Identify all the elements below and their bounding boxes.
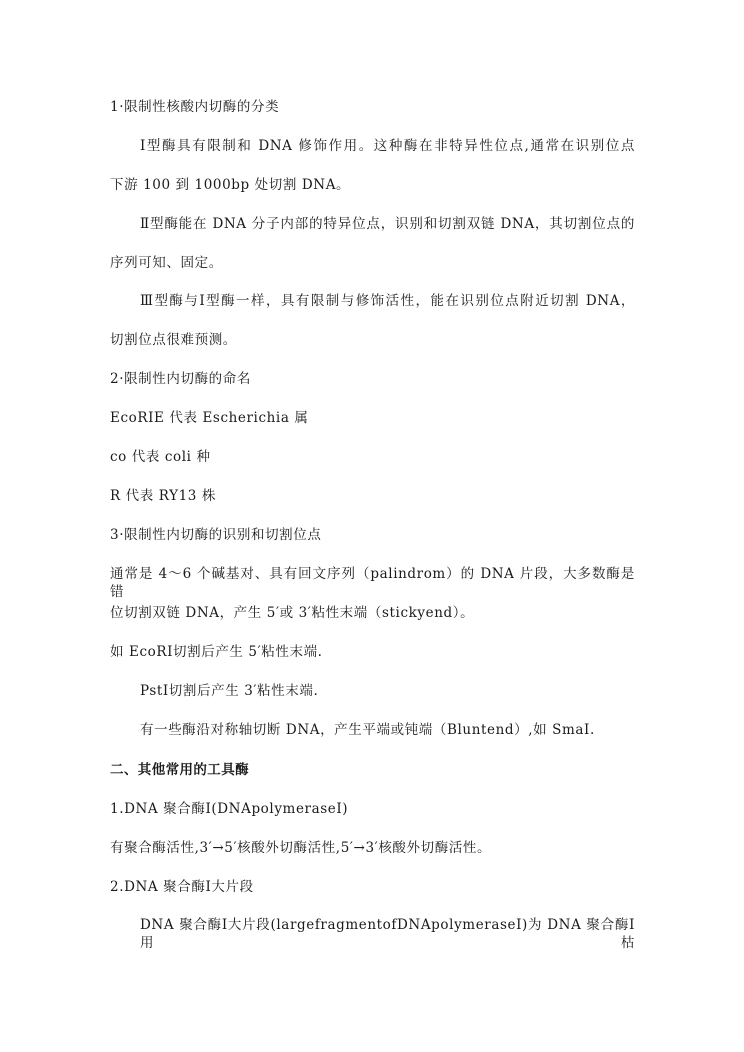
paragraph-type2-line2: 序列可知、固定。 [110,254,635,272]
naming-line-genus: EcoRⅠE 代表 Escherichia 属 [110,409,635,427]
paragraph-type3-line1: Ⅲ型酶与Ⅰ型酶一样，具有限制与修饰活性，能在识别位点附近切割 DNA， [140,292,635,310]
section-heading-2: 2·限制性内切酶的命名 [110,370,635,388]
paragraph-klenow-line1: DNA 聚合酶Ⅰ大片段(largefragmentofDNApolymerase… [140,916,635,952]
example-ecori: 如 EcoRⅠ切割后产生 5′粘性末端. [110,643,635,661]
section-heading-1: 1·限制性核酸内切酶的分类 [110,98,635,116]
example-blunt-end: 有一些酶沿对称轴切断 DNA，产生平端或钝端（Bluntend）,如 SmaⅠ. [140,721,635,739]
subheading-klenow-fragment: 2.DNA 聚合酶Ⅰ大片段 [110,878,635,896]
chapter-heading-other-enzymes: 二、其他常用的工具酶 [110,761,635,779]
naming-line-species: co 代表 coli 种 [110,448,635,466]
paragraph-recognition-line2: 位切割双链 DNA，产生 5′或 3′粘性末端（stickyend）。 [110,604,635,622]
example-psti: PstⅠ切割后产生 3′粘性末端. [140,682,635,700]
paragraph-type2-line1: Ⅱ型酶能在 DNA 分子内部的特异位点，识别和切割双链 DNA，其切割位点的 [140,215,635,233]
naming-line-strain: R 代表 RY13 株 [110,487,635,505]
paragraph-dna-pol-1-activity: 有聚合酶活性,3′→5′核酸外切酶活性,5′→3′核酸外切酶活性。 [110,839,635,857]
paragraph-type3-line2: 切割位点很难预测。 [110,331,635,349]
document-page: 1·限制性核酸内切酶的分类 Ⅰ型酶具有限制和 DNA 修饰作用。这种酶在非特异性… [0,0,744,1052]
section-heading-3: 3·限制性内切酶的识别和切割位点 [110,526,635,544]
subheading-dna-pol-1: 1.DNA 聚合酶Ⅰ(DNApolymeraseI) [110,800,635,818]
paragraph-type1-line1: Ⅰ型酶具有限制和 DNA 修饰作用。这种酶在非特异性位点,通常在识别位点 [140,137,635,155]
paragraph-type1-line2: 下游 100 到 1000bp 处切割 DNA。 [110,176,635,194]
paragraph-recognition-line1: 通常是 4～6 个碱基对、具有回文序列（palindrom）的 DNA 片段，大… [110,565,635,601]
